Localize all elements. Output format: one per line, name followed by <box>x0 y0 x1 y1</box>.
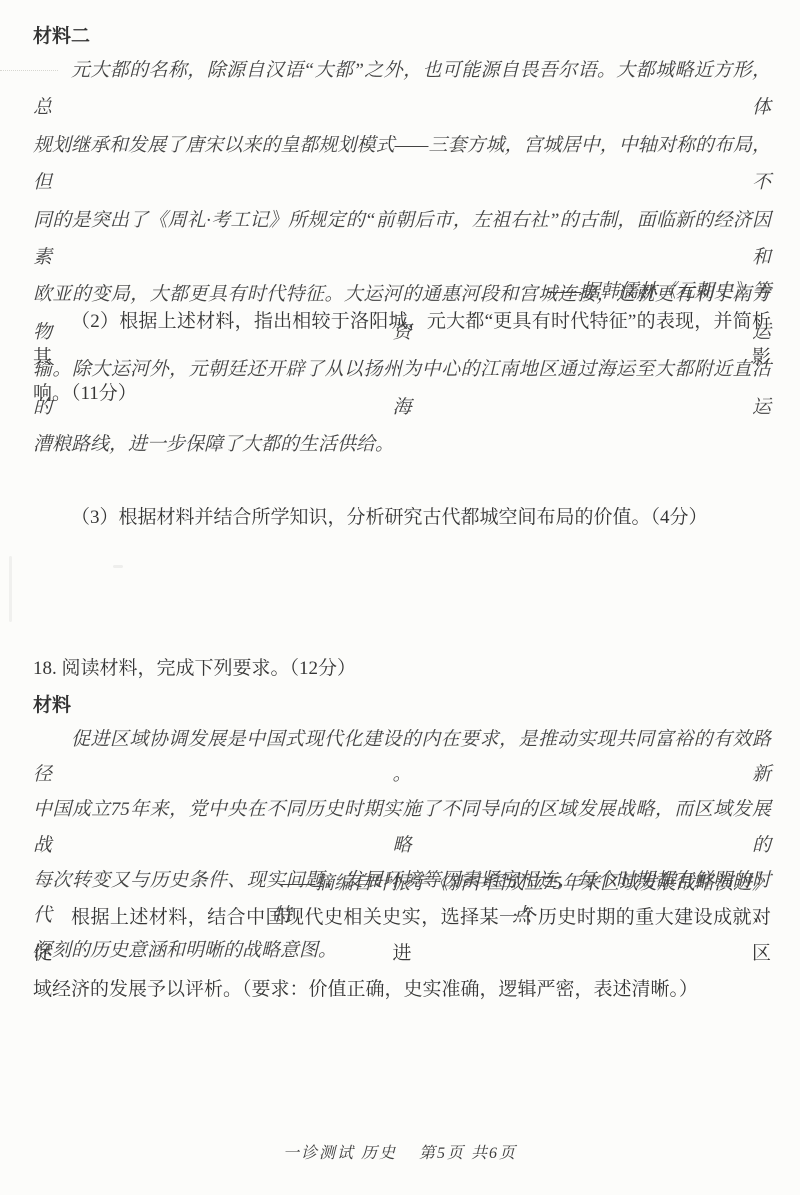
scan-artifact-streak <box>9 556 12 622</box>
text-line: 同的是突出了《周礼·考工记》所规定的“前朝后市，左祖右社”的古制，面临新的经济因… <box>33 202 771 277</box>
material-heading: 材料 <box>33 694 771 718</box>
text-line: （3）根据材料并结合所学知识，分析研究古代都城空间布局的价值。（4分） <box>33 500 771 536</box>
question-18-task: 根据上述材料，结合中国现代史相关史实，选择某一个历史时期的重大建设成就对促进区域… <box>33 900 771 1008</box>
scan-artifact-smudge <box>113 565 123 568</box>
question-3: （3）根据材料并结合所学知识，分析研究古代都城空间布局的价值。（4分） <box>33 500 771 536</box>
material-source: ——摘编自叶振宇《新中国成立75年来区域发展战略演进》 <box>33 868 771 900</box>
text-line: 响。（11分） <box>33 376 771 412</box>
text-line: 根据上述材料，结合中国现代史相关史实，选择某一个历史时期的重大建设成就对促进区 <box>33 900 771 972</box>
exam-paper-page: 材料二 元大都的名称，除源自汉语“大都”之外，也可能源自畏吾尔语。大都城略近方形… <box>0 0 800 1195</box>
text-line: 中国成立75年来，党中央在不同历史时期实施了不同导向的区域发展战略，而区域发展战… <box>33 792 771 862</box>
footer-exam-label: 一诊测试 历史 <box>283 1145 397 1162</box>
text-line: 域经济的发展予以评析。（要求：价值正确，史实准确，逻辑严密，表述清晰。） <box>33 972 771 1008</box>
text-line: 规划继承和发展了唐宋以来的皇都规划模式——三套方城，宫城居中，中轴对称的布局，但… <box>33 127 771 202</box>
material-two-source: ——据韩儒林《元朝史》等 <box>33 277 771 307</box>
question-18-stem: 18. 阅读材料，完成下列要求。（12分） <box>33 652 771 685</box>
text-line: （2）根据上述材料，指出相较于洛阳城，元大都“更具有时代特征”的表现，并简析其影 <box>33 304 771 376</box>
text-line: 漕粮路线，进一步保障了大都的生活供给。 <box>33 426 771 463</box>
material-two-heading: 材料二 <box>33 25 771 49</box>
question-2: （2）根据上述材料，指出相较于洛阳城，元大都“更具有时代特征”的表现，并简析其影… <box>33 304 771 412</box>
text-line: 元大都的名称，除源自汉语“大都”之外，也可能源自畏吾尔语。大都城略近方形，总体 <box>33 52 771 127</box>
text-line: 促进区域协调发展是中国式现代化建设的内在要求，是推动实现共同富裕的有效路径。新 <box>33 722 771 792</box>
footer-page-number: 第5页 共6页 <box>419 1145 517 1162</box>
page-footer: 一诊测试 历史第5页 共6页 <box>0 1142 800 1166</box>
